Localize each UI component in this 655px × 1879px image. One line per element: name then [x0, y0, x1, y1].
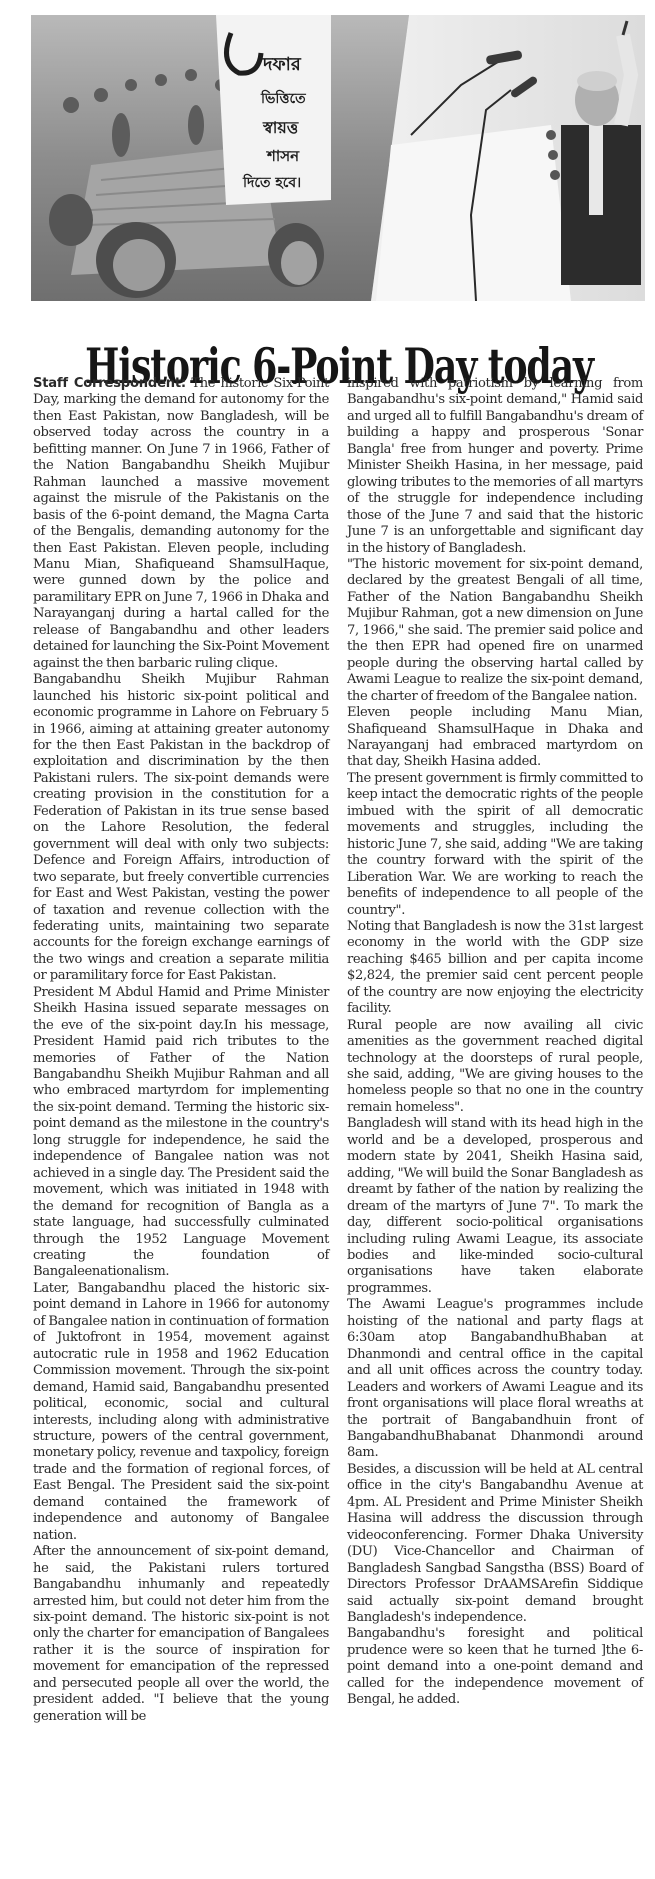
article-column-right: inspired with patriotism by learning fro…	[347, 376, 643, 1709]
paragraph: Bangladesh will stand with its head high…	[347, 1116, 643, 1297]
photo-collage: দফার ভিত্তিতে স্বায়ত্ত শাসন দিতে হবে।	[31, 15, 645, 301]
paragraph: Noting that Bangladesh is now the 31st l…	[347, 919, 643, 1018]
paragraph: Bangabandhu Sheikh Mujibur Rahman launch…	[33, 672, 329, 985]
paragraph: Staff Correspondent: The historic Six-Po…	[33, 376, 329, 672]
svg-text:শাসন: শাসন	[266, 147, 300, 165]
svg-text:ভিত্তিতে: ভিত্তিতে	[260, 89, 306, 107]
svg-text:স্বায়ত্ত: স্বায়ত্ত	[262, 118, 299, 137]
paragraph: After the announcement of six-point dema…	[33, 1544, 329, 1725]
paragraph-text: The historic Six-Point Day, marking the …	[33, 376, 329, 671]
paragraph: The present government is firmly committ…	[347, 771, 643, 919]
paragraph: President M Abdul Hamid and Prime Minist…	[33, 985, 329, 1281]
svg-text:দিতে হবে।: দিতে হবে।	[242, 173, 301, 191]
article-photo: দফার ভিত্তিতে স্বায়ত্ত শাসন দিতে হবে।	[31, 15, 645, 301]
svg-text:দফার: দফার	[262, 54, 302, 75]
paragraph: Rural people are now availing all civic …	[347, 1018, 643, 1117]
paragraph: The Awami League's programmes include ho…	[347, 1297, 643, 1462]
paragraph: inspired with patriotism by learning fro…	[347, 376, 643, 557]
paragraph: "The historic movement for six-point dem…	[347, 557, 643, 705]
protest-placard: দফার ভিত্তিতে স্বায়ত্ত শাসন দিতে হবে।	[216, 15, 331, 205]
paragraph: Besides, a discussion will be held at AL…	[347, 1462, 643, 1627]
byline: Staff Correspondent:	[33, 376, 186, 391]
paragraph: Eleven people including Manu Mian, Shafi…	[347, 705, 643, 771]
article-column-left: Staff Correspondent: The historic Six-Po…	[33, 376, 329, 1725]
paragraph: Later, Bangabandhu placed the historic s…	[33, 1281, 329, 1544]
paragraph: Bangabandhu's foresight and political pr…	[347, 1626, 643, 1708]
